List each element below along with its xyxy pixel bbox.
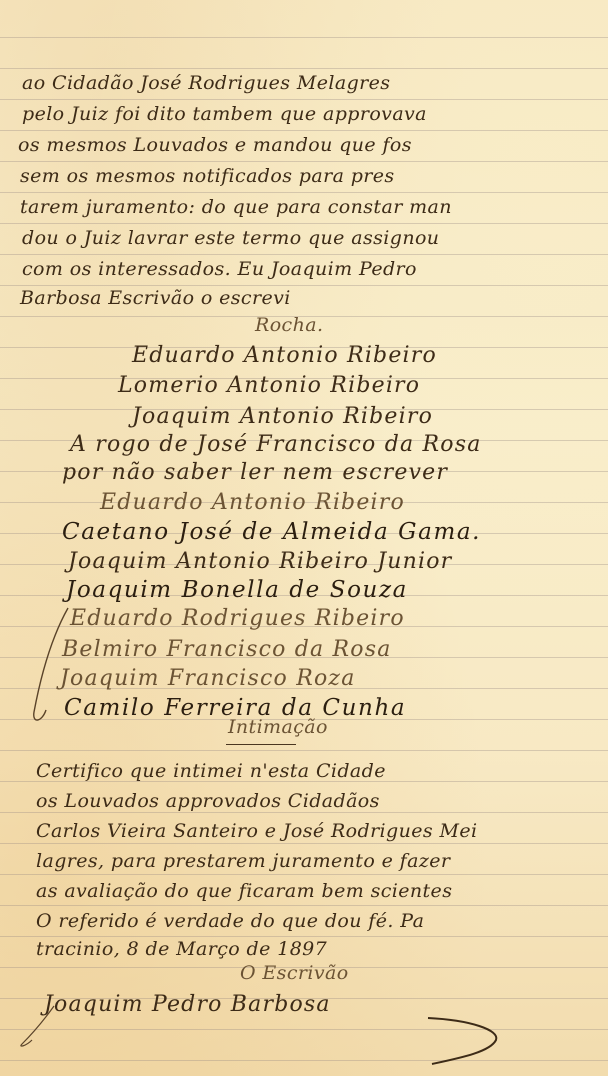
manuscript-page: ao Cidadão José Rodrigues Melagres pelo … bbox=[0, 0, 608, 1076]
clerk-signature: Joaquim Pedro Barbosa bbox=[44, 992, 331, 1017]
signature-loop-icon bbox=[14, 1000, 64, 1050]
certificate-line: tracinio, 8 de Março de 1897 bbox=[36, 938, 327, 960]
certificate-line: Certifico que intimei n'esta Cidade bbox=[36, 760, 386, 782]
margin-flourish-icon bbox=[20, 600, 80, 730]
certificate-line: lagres, para prestarem juramento e fazer bbox=[36, 850, 450, 872]
body-line: ao Cidadão José Rodrigues Melagres bbox=[22, 72, 390, 94]
certificate-line: as avaliação do que ficaram bem scientes bbox=[36, 880, 452, 902]
rubric-rocha: Rocha. bbox=[255, 314, 323, 336]
body-line: com os interessados. Eu Joaquim Pedro bbox=[22, 258, 417, 280]
closing-escrivao: O Escrivão bbox=[240, 962, 349, 984]
signature: Eduardo Rodrigues Ribeiro bbox=[70, 606, 405, 631]
signature-paraph-icon bbox=[420, 1010, 530, 1070]
signature: Joaquim Francisco Roza bbox=[60, 666, 356, 691]
signature: A rogo de José Francisco da Rosa bbox=[70, 432, 482, 457]
signature: Joaquim Antonio Ribeiro Junior bbox=[68, 549, 452, 574]
signature: Caetano José de Almeida Gama. bbox=[62, 519, 481, 545]
body-line: sem os mesmos notificados para pres bbox=[20, 165, 395, 187]
signature: Joaquim Antonio Ribeiro bbox=[132, 404, 433, 429]
signature: Joaquim Bonella de Souza bbox=[66, 577, 408, 603]
certificate-line: os Louvados approvados Cidadãos bbox=[36, 790, 380, 812]
signature: Eduardo Antonio Ribeiro bbox=[132, 343, 437, 368]
heading-underline bbox=[226, 744, 296, 745]
signature: Belmiro Francisco da Rosa bbox=[62, 637, 392, 662]
body-line: tarem juramento: do que para constar man bbox=[20, 196, 452, 218]
signature-note: por não saber ler nem escrever bbox=[62, 460, 448, 485]
body-line: os mesmos Louvados e mandou que fos bbox=[18, 134, 412, 156]
certificate-line: O referido é verdade do que dou fé. Pa bbox=[36, 910, 424, 932]
signature: Eduardo Antonio Ribeiro bbox=[100, 490, 405, 515]
certificate-line: Carlos Vieira Santeiro e José Rodrigues … bbox=[36, 820, 477, 842]
body-line: pelo Juiz foi dito tambem que approvava bbox=[22, 103, 427, 125]
body-line: Barbosa Escrivão o escrevi bbox=[20, 287, 291, 309]
certificate-heading: Intimação bbox=[228, 716, 328, 738]
signature: Lomerio Antonio Ribeiro bbox=[118, 373, 420, 398]
body-line: dou o Juiz lavrar este termo que assigno… bbox=[22, 227, 439, 249]
